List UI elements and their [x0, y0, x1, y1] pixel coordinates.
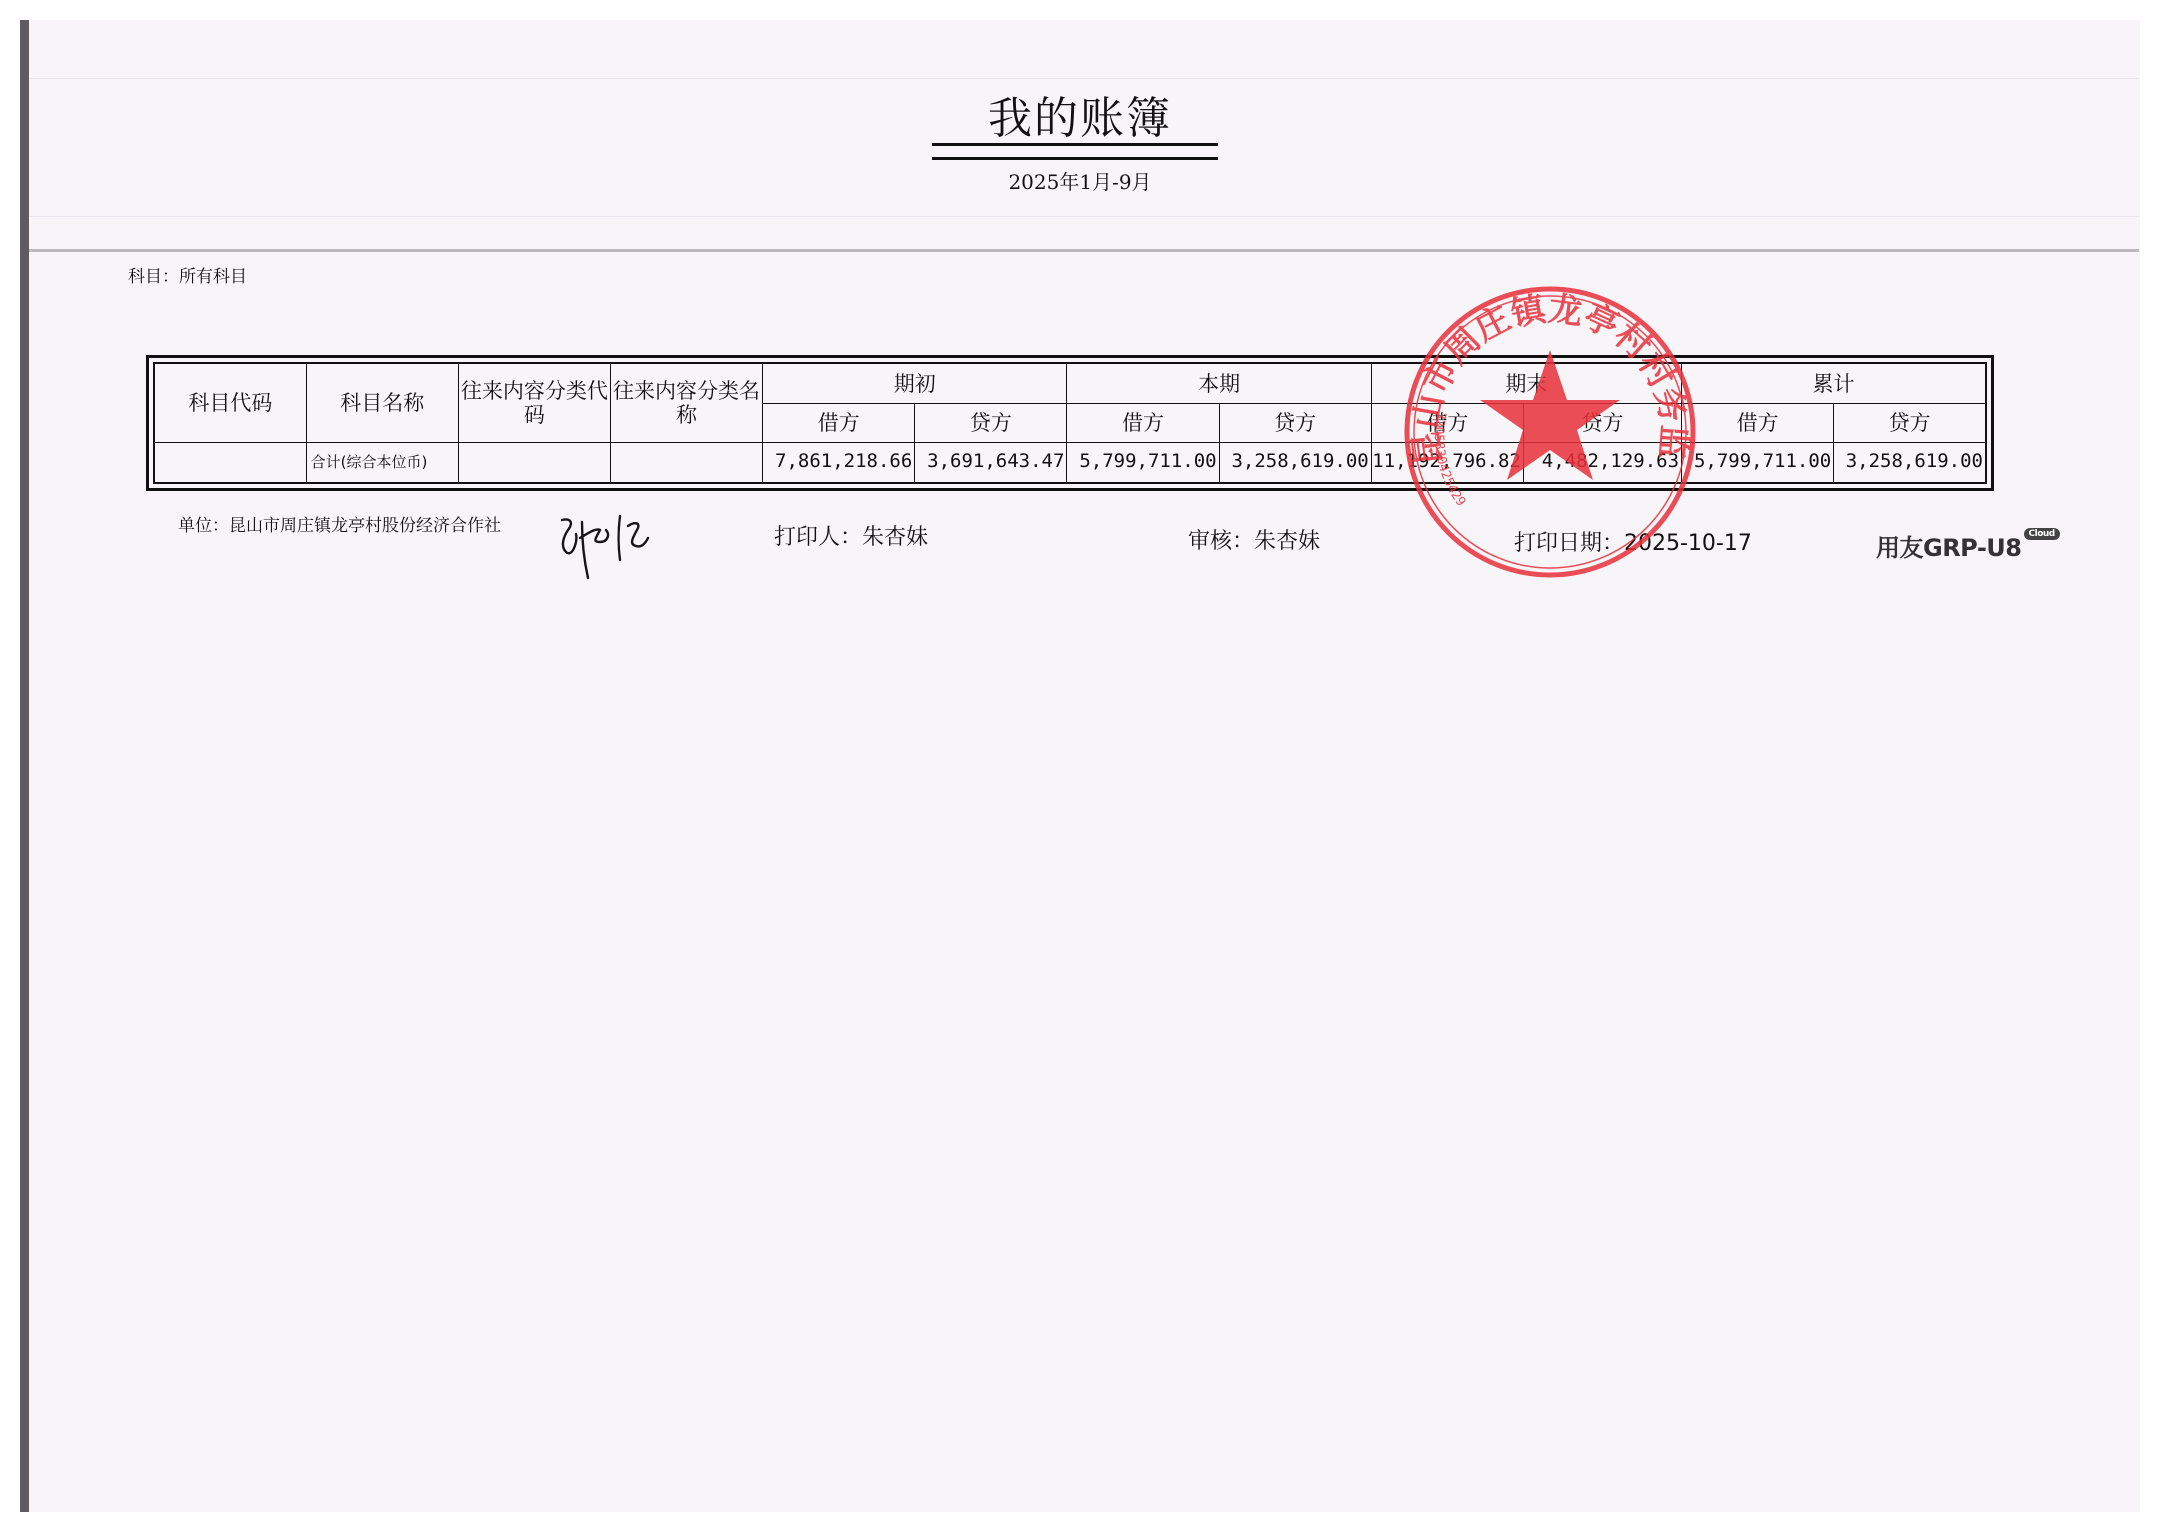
document-title: 我的账簿 [0, 82, 2160, 146]
header-opening-credit: 贷方 [915, 404, 1067, 443]
header-account-code: 科目代码 [154, 363, 306, 442]
handwritten-signature [556, 512, 706, 582]
header-period-credit: 贷方 [1219, 404, 1371, 443]
yonyou-grp-logo: 用友GRP-U8Cloud [1876, 528, 2060, 563]
header-contact-category-name: 往来内容分类名称 [610, 363, 762, 442]
cell-period-debit: 5,799,711.00 [1067, 442, 1219, 483]
cell-opening-debit: 7,861,218.66 [763, 442, 915, 483]
header-cumulative-credit: 贷方 [1834, 404, 1986, 443]
footer-reviewer: 审核：朱杏妹 [1188, 524, 1320, 555]
cell-account-code [154, 442, 306, 483]
header-group-period: 本期 [1067, 363, 1371, 404]
subject-filter: 科目：所有科目 [128, 262, 247, 287]
footer-unit: 单位：昆山市周庄镇龙亭村股份经济合作社 [178, 514, 548, 538]
title-rule-top [932, 143, 1218, 146]
header-account-name: 科目名称 [306, 363, 458, 442]
header-contact-category-code: 往来内容分类代码 [458, 363, 610, 442]
cell-account-name: 合计(综合本位币) [306, 442, 458, 483]
cell-contact-category-code [458, 442, 610, 483]
ledger-table-frame: 科目代码 科目名称 往来内容分类代码 往来内容分类名称 期初 本期 期末 累计 … [146, 355, 1994, 491]
cell-cumulative-credit: 3,258,619.00 [1834, 442, 1986, 483]
cell-period-credit: 3,258,619.00 [1219, 442, 1371, 483]
fold-line [29, 249, 2139, 252]
header-closing-debit: 借方 [1371, 404, 1523, 443]
cell-contact-category-name [610, 442, 762, 483]
ledger-table: 科目代码 科目名称 往来内容分类代码 往来内容分类名称 期初 本期 期末 累计 … [153, 362, 1987, 484]
cell-opening-credit: 3,691,643.47 [915, 442, 1067, 483]
header-cumulative-debit: 借方 [1682, 404, 1834, 443]
header-period-debit: 借方 [1067, 404, 1219, 443]
cell-cumulative-debit: 5,799,711.00 [1682, 442, 1834, 483]
scan-artifact-line [29, 216, 2139, 217]
cell-closing-debit: 11,192,796.82 [1371, 442, 1523, 483]
header-group-cumulative: 累计 [1682, 363, 1986, 404]
scanned-page [20, 20, 2140, 1512]
header-closing-credit: 贷方 [1523, 404, 1681, 443]
footer-print-date: 打印日期：2025-10-17 [1514, 526, 1752, 557]
cloud-badge-icon: Cloud [2024, 528, 2060, 540]
header-group-opening: 期初 [763, 363, 1067, 404]
footer-printer: 打印人：朱杏妹 [774, 520, 928, 551]
table-row: 合计(综合本位币) 7,861,218.66 3,691,643.47 5,79… [154, 442, 1986, 483]
header-group-closing: 期末 [1371, 363, 1681, 404]
page-edge-shadow [20, 20, 29, 1512]
title-rule-bottom [932, 157, 1218, 160]
scan-artifact-line [29, 78, 2139, 79]
header-opening-debit: 借方 [763, 404, 915, 443]
logo-text: 用友GRP-U8 [1876, 534, 2022, 562]
cell-closing-credit: 4,482,129.63 [1523, 442, 1681, 483]
document-period: 2025年1月-9月 [0, 166, 2160, 195]
